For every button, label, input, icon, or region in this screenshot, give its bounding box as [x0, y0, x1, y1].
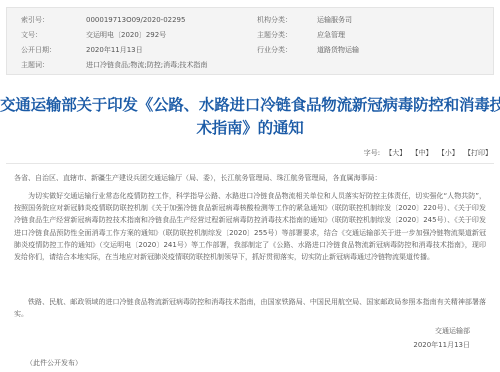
- meta-row-publish-date: 公开日期： 2020年11月13日: [21, 43, 241, 57]
- font-size-label: 字号:: [364, 149, 380, 157]
- meta-value: 000019713O09/2020-02295: [86, 13, 185, 27]
- document-body-paragraph-2: 铁路、民航、邮政领域的进口冷链食品物流新冠病毒防控和消毒技术指南，由国家铁路局、…: [14, 296, 486, 320]
- font-small-button[interactable]: 【小】: [438, 149, 459, 157]
- meta-value: 进口冷链食品;物流;防控;消毒;技术指南: [86, 58, 207, 72]
- meta-value: 应急管理: [317, 28, 345, 42]
- meta-value: 交运明电〔2020〕292号: [86, 28, 166, 42]
- font-size-toolbar: 字号: 【大】 【中】 【小】 【打印】: [364, 148, 492, 158]
- salutation: 各省、自治区、直辖市、新疆生产建设兵团交通运输厅（局、委），长江航务管理局、珠江…: [14, 172, 486, 184]
- meta-value: 运输服务司: [317, 13, 352, 27]
- font-medium-button[interactable]: 【中】: [412, 149, 433, 157]
- meta-row-document-number: 文号： 交运明电〔2020〕292号: [21, 28, 241, 42]
- title-divider: [6, 163, 494, 164]
- document-body-paragraph-1: 为切实做好交通运输行业常态化疫情防控工作，科学指导公路、水路进口冷链食品物流相关…: [14, 190, 486, 263]
- document-metadata-box: 索引号： 000019713O09/2020-02295 文号： 交运明电〔20…: [6, 7, 494, 75]
- meta-label: 主题分类：: [257, 28, 292, 42]
- document-title: 交通运输部关于印发《公路、水路进口冷链食品物流新冠病毒防控和消毒技 术指南》的通…: [0, 94, 500, 140]
- meta-row-keywords: 主题词： 进口冷链食品;物流;防控;消毒;技术指南: [21, 58, 241, 72]
- meta-label: 索引号：: [21, 13, 49, 27]
- paragraph-2: 铁路、民航、邮政领域的进口冷链食品物流新冠病毒防控和消毒技术指南，由国家铁路局、…: [14, 296, 486, 320]
- title-line-1: 交通运输部关于印发《公路、水路进口冷链食品物流新冠病毒防控和消毒技: [0, 94, 500, 117]
- meta-label: 机构分类：: [257, 13, 292, 27]
- meta-label: 主题词：: [21, 58, 49, 72]
- public-release-note: （此件公开发布）: [26, 358, 82, 368]
- meta-value: 道路货物运输: [317, 43, 359, 57]
- signature-org: 交通运输部: [435, 325, 470, 337]
- meta-label: 行业分类：: [257, 43, 292, 57]
- title-line-2: 术指南》的通知: [0, 117, 500, 140]
- document-body: 各省、自治区、直辖市、新疆生产建设兵团交通运输厅（局、委），长江航务管理局、珠江…: [14, 172, 486, 184]
- signature-date: 2020年11月13日: [413, 339, 470, 351]
- meta-label: 公开日期：: [21, 43, 56, 57]
- meta-row-organization: 机构分类： 运输服务司: [257, 13, 457, 27]
- meta-value: 2020年11月13日: [86, 43, 143, 57]
- paragraph-1: 为切实做好交通运输行业常态化疫情防控工作，科学指导公路、水路进口冷链食品物流相关…: [14, 190, 486, 263]
- meta-label: 文号：: [21, 28, 42, 42]
- print-button[interactable]: 【打印】: [464, 149, 492, 157]
- meta-row-topic: 主题分类： 应急管理: [257, 28, 457, 42]
- meta-row-industry: 行业分类： 道路货物运输: [257, 43, 457, 57]
- meta-row-index-number: 索引号： 000019713O09/2020-02295: [21, 13, 241, 27]
- font-large-button[interactable]: 【大】: [385, 149, 406, 157]
